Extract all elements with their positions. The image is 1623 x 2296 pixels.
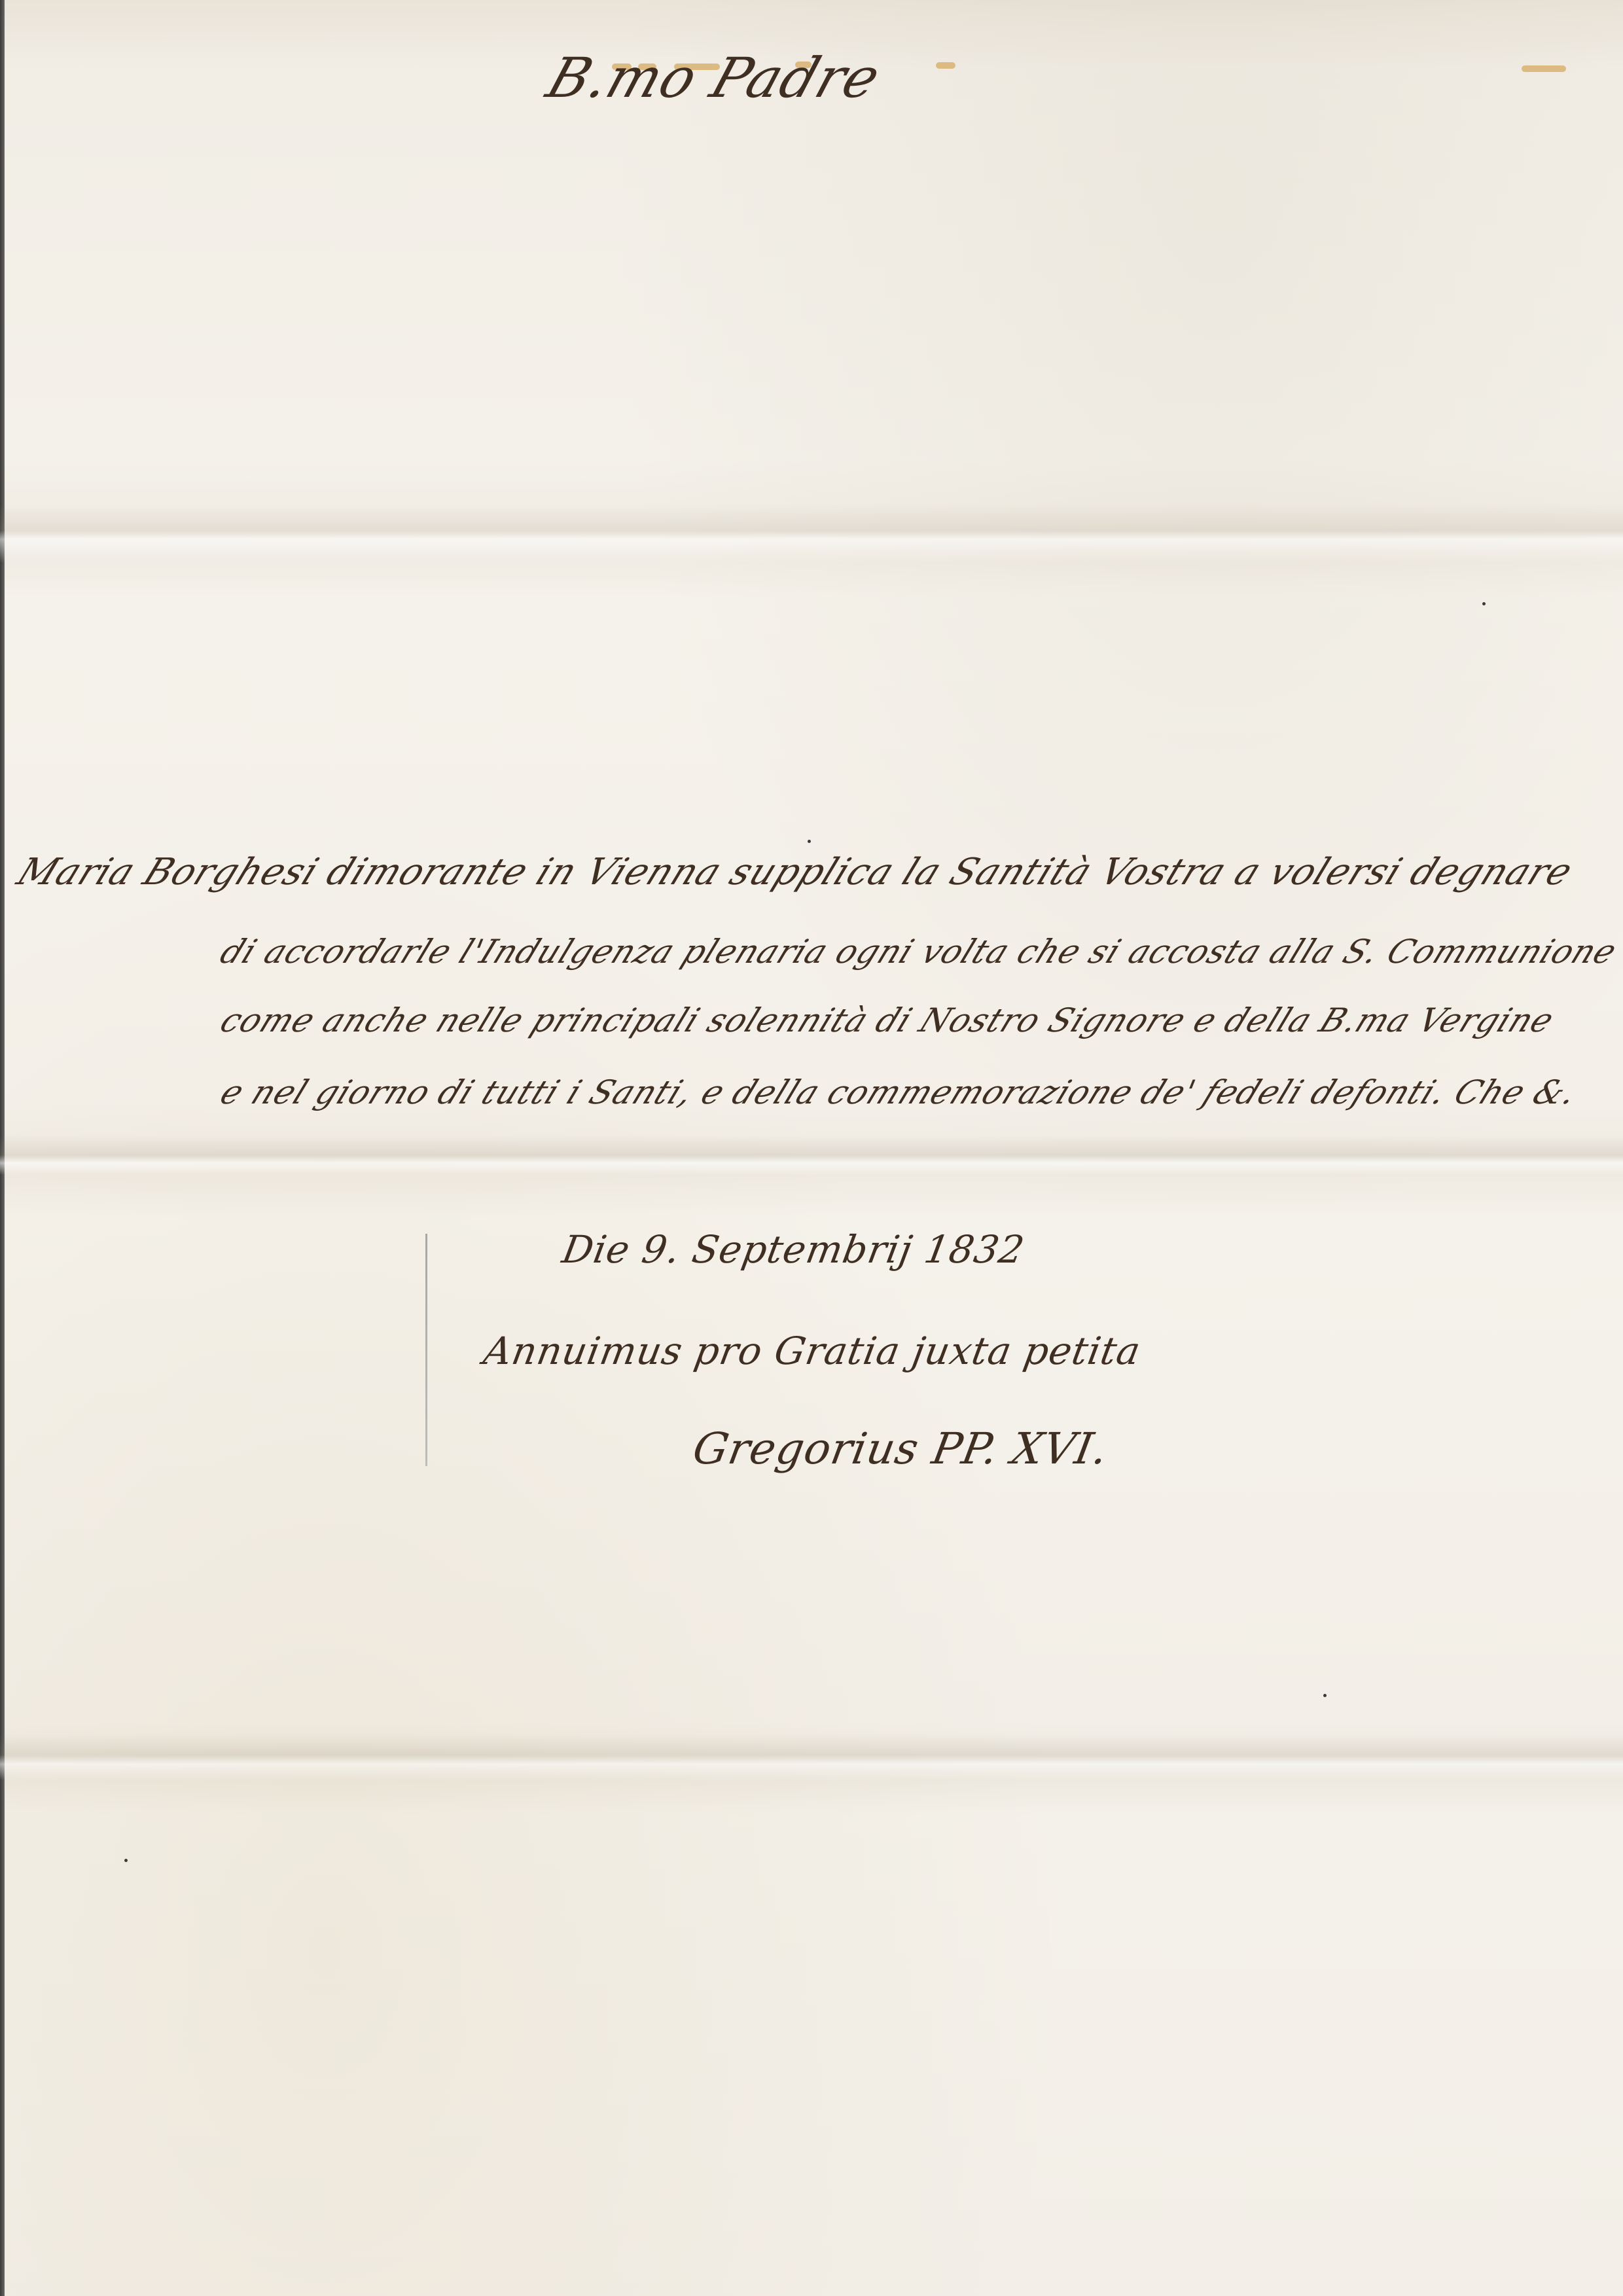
- petition-line: di accordarle l'Indulgenza plenaria ogni…: [215, 933, 1622, 971]
- ink-speck: [1323, 1694, 1327, 1697]
- fold-crease-lower: [0, 1734, 1623, 1780]
- document-page: B.mo Padre Maria Borghesi dimorante in V…: [0, 0, 1623, 2296]
- petition-line: Maria Borghesi dimorante in Vienna suppl…: [11, 851, 1579, 893]
- rescript-grant: Annuimus pro Gratia juxta petita: [480, 1329, 1144, 1373]
- page-edge-shadow: [0, 0, 5, 2296]
- ink-speck: [808, 840, 811, 843]
- ink-speck: [1482, 602, 1486, 605]
- rescript-date: Die 9. Septembrij 1832: [559, 1227, 1028, 1272]
- petition-line: come anche nelle principali solennità di…: [215, 1001, 1560, 1039]
- petition-line: e nel giorno di tutti i Santi, e della c…: [215, 1073, 1583, 1111]
- rust-stain: [936, 62, 955, 69]
- rust-stain: [1522, 65, 1566, 72]
- fold-crease-upper: [0, 504, 1623, 563]
- salutation: B.mo Padre: [539, 46, 889, 110]
- papal-signature: Gregorius PP. XVI.: [689, 1424, 1112, 1474]
- fold-crease-middle: [0, 1136, 1623, 1175]
- pencil-margin-line: [425, 1234, 427, 1466]
- ink-speck: [124, 1859, 128, 1862]
